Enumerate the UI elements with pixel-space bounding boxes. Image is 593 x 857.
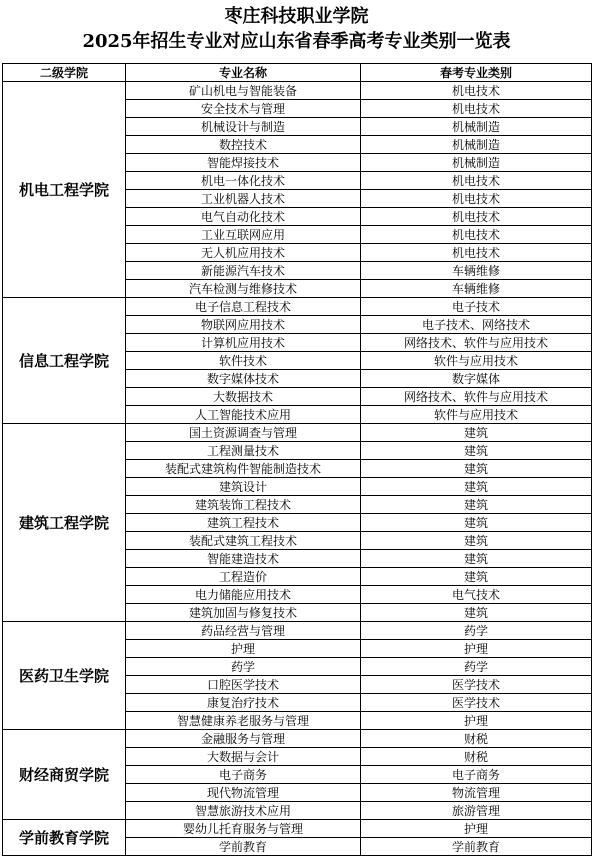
major-cell: 电子商务 <box>126 766 361 784</box>
category-cell: 建筑 <box>361 478 592 496</box>
category-cell: 电子技术、网络技术 <box>361 316 592 334</box>
major-cell: 装配式建筑构件智能制造技术 <box>126 460 361 478</box>
major-cell: 金融服务与管理 <box>126 730 361 748</box>
major-cell: 工业机器人技术 <box>126 190 361 208</box>
major-cell: 装配式建筑工程技术 <box>126 532 361 550</box>
major-cell: 国土资源调查与管理 <box>126 424 361 442</box>
category-cell: 电子商务 <box>361 766 592 784</box>
major-cell: 工程测量技术 <box>126 442 361 460</box>
category-cell: 建筑 <box>361 514 592 532</box>
category-cell: 电子技术 <box>361 298 592 316</box>
major-cell: 矿山机电与智能装备 <box>126 82 361 100</box>
major-cell: 建筑加固与修复技术 <box>126 604 361 622</box>
major-cell: 电气自动化技术 <box>126 208 361 226</box>
category-cell: 医学技术 <box>361 676 592 694</box>
category-cell: 药学 <box>361 622 592 640</box>
category-cell: 建筑 <box>361 604 592 622</box>
header-major: 专业名称 <box>126 64 361 82</box>
major-cell: 智能建造技术 <box>126 550 361 568</box>
category-cell: 旅游管理 <box>361 802 592 820</box>
table-row: 医药卫生学院药品经营与管理药学 <box>3 622 592 640</box>
college-cell: 建筑工程学院 <box>3 424 126 622</box>
college-cell: 机电工程学院 <box>3 82 126 298</box>
major-cell: 建筑工程技术 <box>126 514 361 532</box>
category-cell: 护理 <box>361 712 592 730</box>
major-cell: 智能焊接技术 <box>126 154 361 172</box>
major-cell: 学前教育 <box>126 838 361 856</box>
category-cell: 车辆维修 <box>361 262 592 280</box>
major-cell: 物联网应用技术 <box>126 316 361 334</box>
category-cell: 机电技术 <box>361 226 592 244</box>
header-category: 春考专业类别 <box>361 64 592 82</box>
category-cell: 建筑 <box>361 496 592 514</box>
major-cell: 机电一体化技术 <box>126 172 361 190</box>
major-cell: 新能源汽车技术 <box>126 262 361 280</box>
table-row: 建筑工程学院国土资源调查与管理建筑 <box>3 424 592 442</box>
category-cell: 建筑 <box>361 460 592 478</box>
header-college: 二级学院 <box>3 64 126 82</box>
major-cell: 机械设计与制造 <box>126 118 361 136</box>
major-cell: 工程造价 <box>126 568 361 586</box>
college-cell: 医药卫生学院 <box>3 622 126 730</box>
table-row: 信息工程学院电子信息工程技术电子技术 <box>3 298 592 316</box>
table-row: 机电工程学院矿山机电与智能装备机电技术 <box>3 82 592 100</box>
major-cell: 大数据技术 <box>126 388 361 406</box>
category-cell: 机械制造 <box>361 118 592 136</box>
document-title-school: 枣庄科技职业学院 <box>0 6 593 28</box>
table-header-row: 二级学院 专业名称 春考专业类别 <box>3 64 592 82</box>
category-cell: 护理 <box>361 640 592 658</box>
major-cell: 康复治疗技术 <box>126 694 361 712</box>
category-cell: 网络技术、软件与应用技术 <box>361 334 592 352</box>
category-cell: 护理 <box>361 820 592 838</box>
major-cell: 现代物流管理 <box>126 784 361 802</box>
document-title-table: 2025年招生专业对应山东省春季高考专业类别一览表 <box>0 30 593 54</box>
major-cell: 数控技术 <box>126 136 361 154</box>
college-cell: 信息工程学院 <box>3 298 126 424</box>
major-cell: 建筑设计 <box>126 478 361 496</box>
major-cell: 药品经营与管理 <box>126 622 361 640</box>
category-cell: 建筑 <box>361 532 592 550</box>
major-cell: 无人机应用技术 <box>126 244 361 262</box>
category-cell: 电气技术 <box>361 586 592 604</box>
category-cell: 建筑 <box>361 424 592 442</box>
major-cell: 智慧健康养老服务与管理 <box>126 712 361 730</box>
category-cell: 建筑 <box>361 550 592 568</box>
major-cell: 工业互联网应用 <box>126 226 361 244</box>
major-cell: 婴幼儿托育服务与管理 <box>126 820 361 838</box>
major-cell: 计算机应用技术 <box>126 334 361 352</box>
majors-table: 二级学院 专业名称 春考专业类别 机电工程学院矿山机电与智能装备机电技术安全技术… <box>2 63 592 856</box>
major-cell: 电子信息工程技术 <box>126 298 361 316</box>
college-cell: 学前教育学院 <box>3 820 126 856</box>
category-cell: 软件与应用技术 <box>361 352 592 370</box>
category-cell: 机械制造 <box>361 154 592 172</box>
category-cell: 学前教育 <box>361 838 592 856</box>
category-cell: 软件与应用技术 <box>361 406 592 424</box>
category-cell: 机电技术 <box>361 190 592 208</box>
category-cell: 机电技术 <box>361 100 592 118</box>
category-cell: 机电技术 <box>361 244 592 262</box>
table-body: 机电工程学院矿山机电与智能装备机电技术安全技术与管理机电技术机械设计与制造机械制… <box>3 82 592 856</box>
college-cell: 财经商贸学院 <box>3 730 126 820</box>
table-row: 财经商贸学院金融服务与管理财税 <box>3 730 592 748</box>
category-cell: 物流管理 <box>361 784 592 802</box>
major-cell: 电力储能应用技术 <box>126 586 361 604</box>
category-cell: 药学 <box>361 658 592 676</box>
category-cell: 机械制造 <box>361 136 592 154</box>
major-cell: 大数据与会计 <box>126 748 361 766</box>
major-cell: 安全技术与管理 <box>126 100 361 118</box>
category-cell: 数字媒体 <box>361 370 592 388</box>
category-cell: 车辆维修 <box>361 280 592 298</box>
category-cell: 机电技术 <box>361 172 592 190</box>
category-cell: 财税 <box>361 748 592 766</box>
category-cell: 医学技术 <box>361 694 592 712</box>
category-cell: 机电技术 <box>361 208 592 226</box>
major-cell: 智慧旅游技术应用 <box>126 802 361 820</box>
major-cell: 软件技术 <box>126 352 361 370</box>
category-cell: 机电技术 <box>361 82 592 100</box>
category-cell: 财税 <box>361 730 592 748</box>
category-cell: 网络技术、软件与应用技术 <box>361 388 592 406</box>
major-cell: 汽车检测与维修技术 <box>126 280 361 298</box>
category-cell: 建筑 <box>361 568 592 586</box>
major-cell: 人工智能技术应用 <box>126 406 361 424</box>
major-cell: 药学 <box>126 658 361 676</box>
table-row: 学前教育学院婴幼儿托育服务与管理护理 <box>3 820 592 838</box>
major-cell: 数字媒体技术 <box>126 370 361 388</box>
major-cell: 护理 <box>126 640 361 658</box>
category-cell: 建筑 <box>361 442 592 460</box>
major-cell: 建筑装饰工程技术 <box>126 496 361 514</box>
major-cell: 口腔医学技术 <box>126 676 361 694</box>
